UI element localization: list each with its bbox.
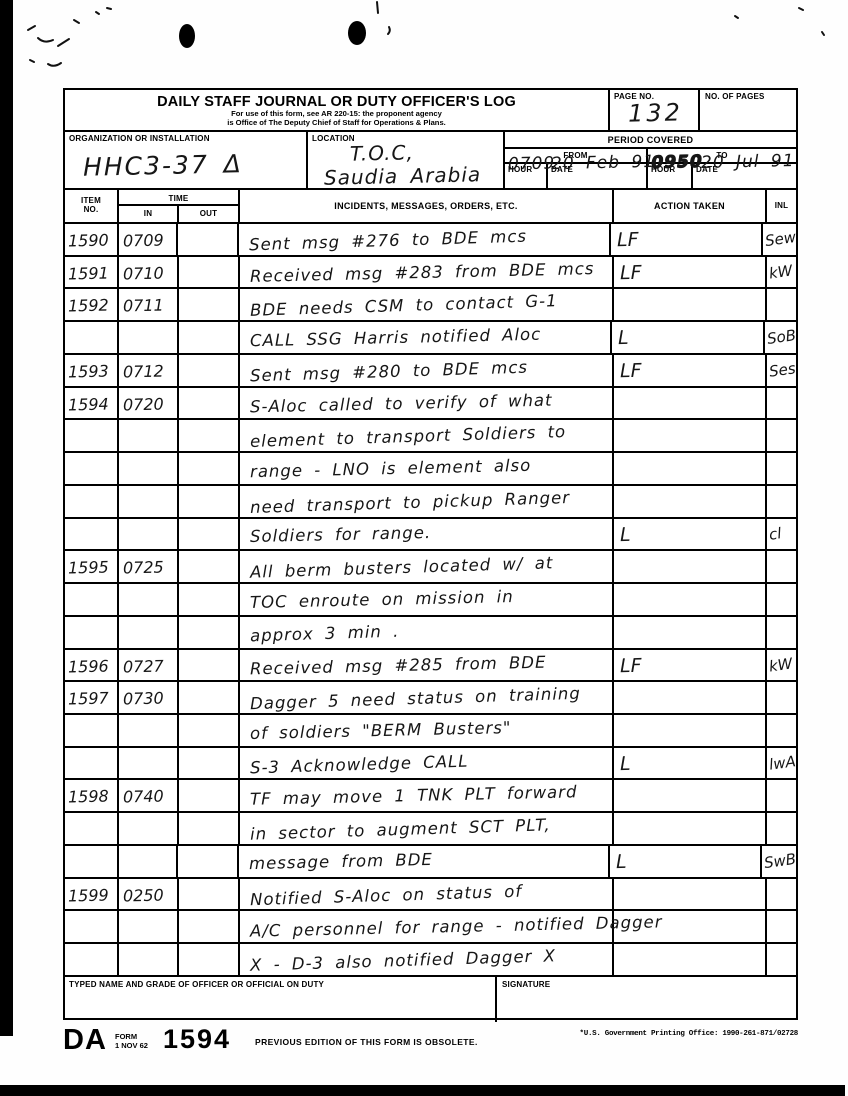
punch-hole-dot [348,21,366,45]
form-word: FORM [115,1032,137,1041]
entry-text: Notified S-Aloc on status of [250,881,523,909]
entry-initials-cell [767,453,796,484]
entry-time-in-cell: 0730 [119,682,179,713]
entry-text-cell: Soldiers for range. [240,519,614,550]
entry-action-taken-cell: LF [614,257,767,288]
entry-action-taken: L [618,327,629,349]
entry-time-out-cell [179,322,240,353]
entry-text: element to transport Soldiers to [250,422,567,451]
da-form-1594: DAILY STAFF JOURNAL OR DUTY OFFICER'S LO… [63,88,798,1020]
entry-text-cell: Sent msg #276 to BDE mcs [239,224,611,255]
log-table-body: 15900709Sent msg #276 to BDE mcsLFSew159… [65,224,796,977]
table-row: element to transport Soldiers to [65,420,796,453]
entry-text: message from BDE [249,850,433,873]
entry-item-no-cell [65,420,119,451]
entry-text: Sent msg #276 to BDE mcs [249,227,527,255]
entry-initials-cell [767,584,796,615]
table-row: range - LNO is element also [65,453,796,486]
entry-text-cell: Received msg #283 from BDE mcs [240,257,614,288]
page-no-value: 132 [628,98,683,127]
entry-initials-cell: Ses [767,355,796,386]
entry-item-no: 1598 [68,787,109,807]
entry-time-in-cell: 0725 [119,551,179,582]
entry-time-out-cell [179,879,240,910]
entry-item-no-cell [65,453,119,484]
entry-initials-cell: cl [767,519,796,550]
entry-action-taken-cell: L [614,519,767,550]
entry-item-no-cell: 1592 [65,289,119,320]
entry-action-taken-cell [614,551,767,582]
entry-action-taken-cell [614,682,767,713]
scan-artifacts [0,0,848,90]
entry-action-taken-cell: L [610,846,762,877]
gpo-note: *U.S. Government Printing Office: 1990-2… [580,1030,798,1038]
entry-text-cell: Sent msg #280 to BDE mcs [240,355,614,386]
entry-time-in: 0730 [123,689,164,709]
organization-label: ORGANIZATION OR INSTALLATION [69,134,306,143]
organization-cell: ORGANIZATION OR INSTALLATION HHC3-37 Δ [65,132,308,188]
no-of-pages-cell: NO. OF PAGES [700,90,796,130]
entry-initials-cell [767,486,796,517]
entry-action-taken-cell [614,388,767,419]
entry-time-in-cell [119,420,179,451]
entry-text: Soldiers for range. [250,523,432,546]
col-header-out: OUT [179,206,238,222]
table-row: S-3 Acknowledge CALLLlwA [65,748,796,781]
entry-initials-cell: kW [767,257,796,288]
entry-time-out-cell [179,486,240,517]
log-table-header: ITEM NO. TIME IN OUT INCIDENTS, MESSAGES… [65,190,796,224]
entry-item-no-cell: 1596 [65,650,119,681]
entry-time-in: 0710 [123,263,164,283]
entry-time-in: 0727 [123,656,164,676]
entry-text-cell: Dagger 5 need status on training [240,682,614,713]
entry-item-no-cell [65,944,119,975]
entry-initials-cell [767,682,796,713]
entry-text-cell: CALL SSG Harris notified Aloc [240,322,613,353]
table-row: approx 3 min . [65,617,796,650]
entry-text: need transport to pickup Ranger [250,488,571,517]
table-row: 15960727Received msg #285 from BDELFkW [65,650,796,683]
entry-text-cell: message from BDE [239,846,610,877]
table-row: 15910710Received msg #283 from BDE mcsLF… [65,257,796,290]
entry-text-cell: need transport to pickup Ranger [240,486,614,517]
entry-time-in: 0740 [123,787,164,807]
entry-time-out-cell [179,748,240,779]
entry-action-taken: LF [620,654,642,676]
entry-time-in-cell: 0727 [119,650,179,681]
entry-time-in-cell [119,911,179,942]
entry-text-cell: Notified S-Aloc on status of [240,879,614,910]
entry-item-no-cell: 1593 [65,355,119,386]
table-row: TOC enroute on mission in [65,584,796,617]
entry-time-out-cell [179,388,240,419]
entry-item-no-cell [65,617,119,648]
entry-action-taken-cell: LF [614,650,767,681]
col-header-item-no: ITEM NO. [65,190,119,222]
entry-text: in sector to augment SCT PLT, [250,816,551,844]
entry-time-out-cell [179,519,240,550]
entry-time-out-cell [179,650,240,681]
organization-value: HHC3-37 Δ [83,149,243,182]
typed-name-cell: TYPED NAME AND GRADE OF OFFICER OR OFFIC… [65,977,497,1022]
entry-initials-cell [767,813,796,844]
table-row: message from BDELSwB [65,846,796,879]
entry-initials: SoB [766,326,797,348]
table-row: CALL SSG Harris notified AlocLSoB [65,322,796,355]
entry-action-taken: LF [620,261,642,283]
entry-item-no: 1596 [68,656,109,676]
entry-initials-cell [767,879,796,910]
scan-left-black-band [0,0,13,1036]
entry-action-taken-cell [614,289,767,320]
entry-initials-cell [767,289,796,320]
entry-time-in-cell: 0710 [119,257,179,288]
entry-item-no: 1592 [68,296,109,316]
entry-text-cell: X - D-3 also notified Dagger X [240,944,614,975]
form-word-date: FORM 1 NOV 62 [115,1032,148,1050]
entry-item-no-cell: 1599 [65,879,119,910]
form-number: 1594 [163,1024,231,1055]
entry-initials: lwA [768,752,797,774]
entry-time-in-cell [119,846,179,877]
entry-action-taken-cell [614,584,767,615]
entry-text: of soldiers "BERM Busters" [250,718,512,743]
entry-initials-cell: Sew [763,224,796,255]
entry-item-no: 1591 [68,263,109,283]
entry-action-taken-cell: L [614,748,767,779]
table-row: 15940720S-Aloc called to verify of what [65,388,796,421]
entry-time-in-cell [119,322,179,353]
to-hour-value: 0950 [651,151,703,172]
entry-time-out-cell [178,224,239,255]
table-row: 15930712Sent msg #280 to BDE mcsLFSes [65,355,796,388]
to-date-value: 20 Jul 91 [701,151,795,173]
entry-text: Sent msg #280 to BDE mcs [250,358,528,386]
entry-text: TOC enroute on mission in [250,587,514,612]
entry-time-out-cell [179,420,240,451]
entry-time-in: 0720 [123,394,164,414]
entry-initials-cell [767,420,796,451]
entry-time-out-cell [179,944,240,975]
entry-time-in-cell: 0712 [119,355,179,386]
entry-initials: SwB [763,850,797,872]
entry-time-in-cell: 0709 [119,224,179,255]
punch-hole-dot [179,24,195,48]
entry-item-no-cell [65,584,119,615]
entry-text-cell: S-Aloc called to verify of what [240,388,614,419]
entry-text-cell: Received msg #285 from BDE [240,650,614,681]
col-header-in: IN [119,206,179,222]
from-hour-value: 0709 [508,153,556,174]
entry-text-cell: of soldiers "BERM Busters" [240,715,614,746]
entry-text-cell: range - LNO is element also [240,453,614,484]
col-header-inl: INL [767,190,796,222]
entry-time-in-cell [119,748,179,779]
entry-time-out-cell [179,257,240,288]
entry-text: X - D-3 also notified Dagger X [250,946,556,975]
entry-text: TF may move 1 TNK PLT forward [250,783,578,809]
entry-initials-cell [767,388,796,419]
entry-text-cell: A/C personnel for range - notified Dagge… [240,911,614,942]
entry-time-in: 0725 [123,558,164,578]
entry-initials-cell [767,617,796,648]
time-label: TIME [119,190,238,206]
entry-text-cell: TOC enroute on mission in [240,584,614,615]
entry-time-out-cell [179,911,240,942]
entry-item-no-cell [65,846,119,877]
title-row: DAILY STAFF JOURNAL OR DUTY OFFICER'S LO… [65,90,796,132]
table-row: need transport to pickup Ranger [65,486,796,519]
entry-item-no-cell [65,322,119,353]
form-title: DAILY STAFF JOURNAL OR DUTY OFFICER'S LO… [65,94,608,110]
entry-time-in-cell [119,813,179,844]
entry-text-cell: BDE needs CSM to contact G-1 [240,289,614,320]
entry-text: S-Aloc called to verify of what [250,390,553,416]
entry-initials-cell [767,944,796,975]
entry-text-cell: All berm busters located w/ at [240,551,614,582]
entry-action-taken-cell [614,813,767,844]
entry-item-no: 1590 [68,231,109,251]
entry-time-out-cell [179,715,240,746]
entry-action-taken-cell [614,879,767,910]
entry-action-taken-cell [614,944,767,975]
entry-time-in: 0711 [123,296,164,316]
entry-text-cell: S-3 Acknowledge CALL [240,748,614,779]
entry-time-out-cell [179,682,240,713]
entry-initials-cell [767,780,796,811]
from-date-value: 20 Feb 91 [551,152,656,174]
entry-time-out-cell [178,846,239,877]
entry-text: Received msg #285 from BDE [250,652,547,678]
entry-action-taken-cell: L [612,322,765,353]
entry-action-taken-cell [614,715,767,746]
form-prefix: DA [63,1024,107,1057]
entry-time-in-cell: 0740 [119,780,179,811]
entry-text-cell: TF may move 1 TNK PLT forward [240,780,614,811]
entry-action-taken-cell: LF [614,355,767,386]
table-row: 15980740TF may move 1 TNK PLT forward [65,780,796,813]
entry-text: Dagger 5 need status on training [250,684,581,713]
entry-time-out-cell [179,584,240,615]
entry-item-no-cell [65,715,119,746]
entry-action-taken: L [616,851,627,873]
entry-action-taken-cell [614,420,767,451]
col-header-time: TIME IN OUT [119,190,240,222]
entry-item-no: 1593 [68,361,109,381]
entry-time-out-cell [179,289,240,320]
table-row: of soldiers "BERM Busters" [65,715,796,748]
entry-item-no: 1594 [68,394,109,414]
table-row: in sector to augment SCT PLT, [65,813,796,846]
period-covered-cell: PERIOD COVERED FROM TO HOUR DATE HOUR DA… [505,132,796,188]
entry-initials-cell [767,551,796,582]
entry-time-in-cell [119,617,179,648]
entry-item-no-cell: 1598 [65,780,119,811]
entry-item-no: 1595 [68,558,109,578]
table-row: 15920711BDE needs CSM to contact G-1 [65,289,796,322]
entry-time-in-cell [119,715,179,746]
item-label-line2: NO. [65,205,117,214]
entry-text: approx 3 min . [250,621,400,645]
item-label-line1: ITEM [65,196,117,205]
entry-text-cell: element to transport Soldiers to [240,420,614,451]
entry-text: All berm busters located w/ at [250,554,554,583]
log-table: ITEM NO. TIME IN OUT INCIDENTS, MESSAGES… [65,190,796,977]
entry-text: range - LNO is element also [250,456,532,481]
location-cell: LOCATION T.O.C, Saudia Arabia [308,132,505,188]
entry-time-in-cell [119,584,179,615]
entry-text-cell: approx 3 min . [240,617,614,648]
form-date: 1 NOV 62 [115,1041,148,1050]
entry-text: CALL SSG Harris notified Aloc [249,325,541,351]
signature-cell: SIGNATURE [497,977,796,1022]
obsolete-note: PREVIOUS EDITION OF THIS FORM IS OBSOLET… [255,1037,478,1047]
entry-text-cell: in sector to augment SCT PLT, [240,813,614,844]
col-header-action-taken: ACTION TAKEN [614,190,767,222]
entry-text: A/C personnel for range - notified Dagge… [250,913,663,941]
col-header-incidents: INCIDENTS, MESSAGES, ORDERS, ETC. [240,190,614,222]
entry-initials: Sew [764,228,797,250]
entry-initials-cell: SwB [762,846,796,877]
entry-time-in-cell: 0720 [119,388,179,419]
entry-item-no: 1599 [68,885,109,905]
entry-initials-cell [767,911,796,942]
table-row: 15990250Notified S-Aloc on status of [65,879,796,912]
entry-text: BDE needs CSM to contact G-1 [250,292,558,321]
entry-item-no: 1597 [68,689,109,709]
entry-time-out-cell [179,551,240,582]
entry-action-taken: LF [617,229,639,251]
location-value-line2: Saudia Arabia [324,162,482,190]
entry-initials-cell [767,715,796,746]
entry-initials: kW [768,261,794,282]
table-row: X - D-3 also notified Dagger X [65,944,796,977]
entry-text: Received msg #283 from BDE mcs [250,259,595,286]
entry-action-taken-cell [614,780,767,811]
entry-initials-cell: kW [767,650,796,681]
entry-time-out-cell [179,355,240,386]
entry-item-no-cell [65,911,119,942]
entry-action-taken-cell [614,617,767,648]
in-out-subheader: IN OUT [119,206,238,222]
period-covered-label: PERIOD COVERED [505,132,796,149]
entry-initials: cl [768,524,783,544]
page-no-cell: PAGE NO. 132 [610,90,700,130]
entry-action-taken-cell [614,453,767,484]
entry-time-in-cell: 0711 [119,289,179,320]
location-value-line1: T.O.C, [350,140,414,165]
table-row: A/C personnel for range - notified Dagge… [65,911,796,944]
entry-initials: kW [768,654,794,675]
entry-item-no-cell: 1594 [65,388,119,419]
entry-action-taken: LF [620,360,642,382]
entry-time-in-cell [119,944,179,975]
entry-time-in: 0709 [122,231,163,251]
org-location-period-row: ORGANIZATION OR INSTALLATION HHC3-37 Δ L… [65,132,796,190]
entry-item-no-cell [65,813,119,844]
title-cell: DAILY STAFF JOURNAL OR DUTY OFFICER'S LO… [65,90,610,130]
entry-initials-cell: SoB [765,322,796,353]
scan-bottom-black-band [0,1085,845,1096]
entry-time-in: 0250 [123,885,164,905]
entry-time-out-cell [179,780,240,811]
entry-action-taken-cell: LF [611,224,763,255]
table-row: 15970730Dagger 5 need status on training [65,682,796,715]
entry-item-no-cell: 1597 [65,682,119,713]
entry-action-taken: L [620,523,631,545]
entry-time-in: 0712 [123,361,164,381]
scanned-document-page: DAILY STAFF JOURNAL OR DUTY OFFICER'S LO… [0,0,848,1096]
entry-item-no-cell [65,486,119,517]
entry-item-no-cell [65,519,119,550]
entry-action-taken: L [620,753,631,775]
no-of-pages-label: NO. OF PAGES [705,92,796,101]
entry-item-no-cell [65,748,119,779]
entry-item-no-cell: 1591 [65,257,119,288]
table-row: 15950725All berm busters located w/ at [65,551,796,584]
signature-row: TYPED NAME AND GRADE OF OFFICER OR OFFIC… [65,977,796,1022]
entry-time-out-cell [179,453,240,484]
entry-item-no-cell: 1595 [65,551,119,582]
pen-scribbles [28,2,824,66]
entry-time-in-cell [119,486,179,517]
entry-text: S-3 Acknowledge CALL [250,751,469,777]
entry-time-out-cell [179,617,240,648]
entry-time-in-cell: 0250 [119,879,179,910]
entry-time-in-cell [119,519,179,550]
form-subtitle-line2: is Office of The Deputy Chief of Staff f… [65,119,608,128]
entry-item-no-cell: 1590 [65,224,119,255]
entry-action-taken-cell [614,486,767,517]
entry-time-out-cell [179,813,240,844]
table-row: Soldiers for range.Lcl [65,519,796,552]
form-id-line: DA FORM 1 NOV 62 1594 PREVIOUS EDITION O… [63,1024,798,1064]
entry-initials: Ses [768,359,797,381]
entry-initials-cell: lwA [767,748,796,779]
entry-time-in-cell [119,453,179,484]
table-row: 15900709Sent msg #276 to BDE mcsLFSew [65,224,796,257]
